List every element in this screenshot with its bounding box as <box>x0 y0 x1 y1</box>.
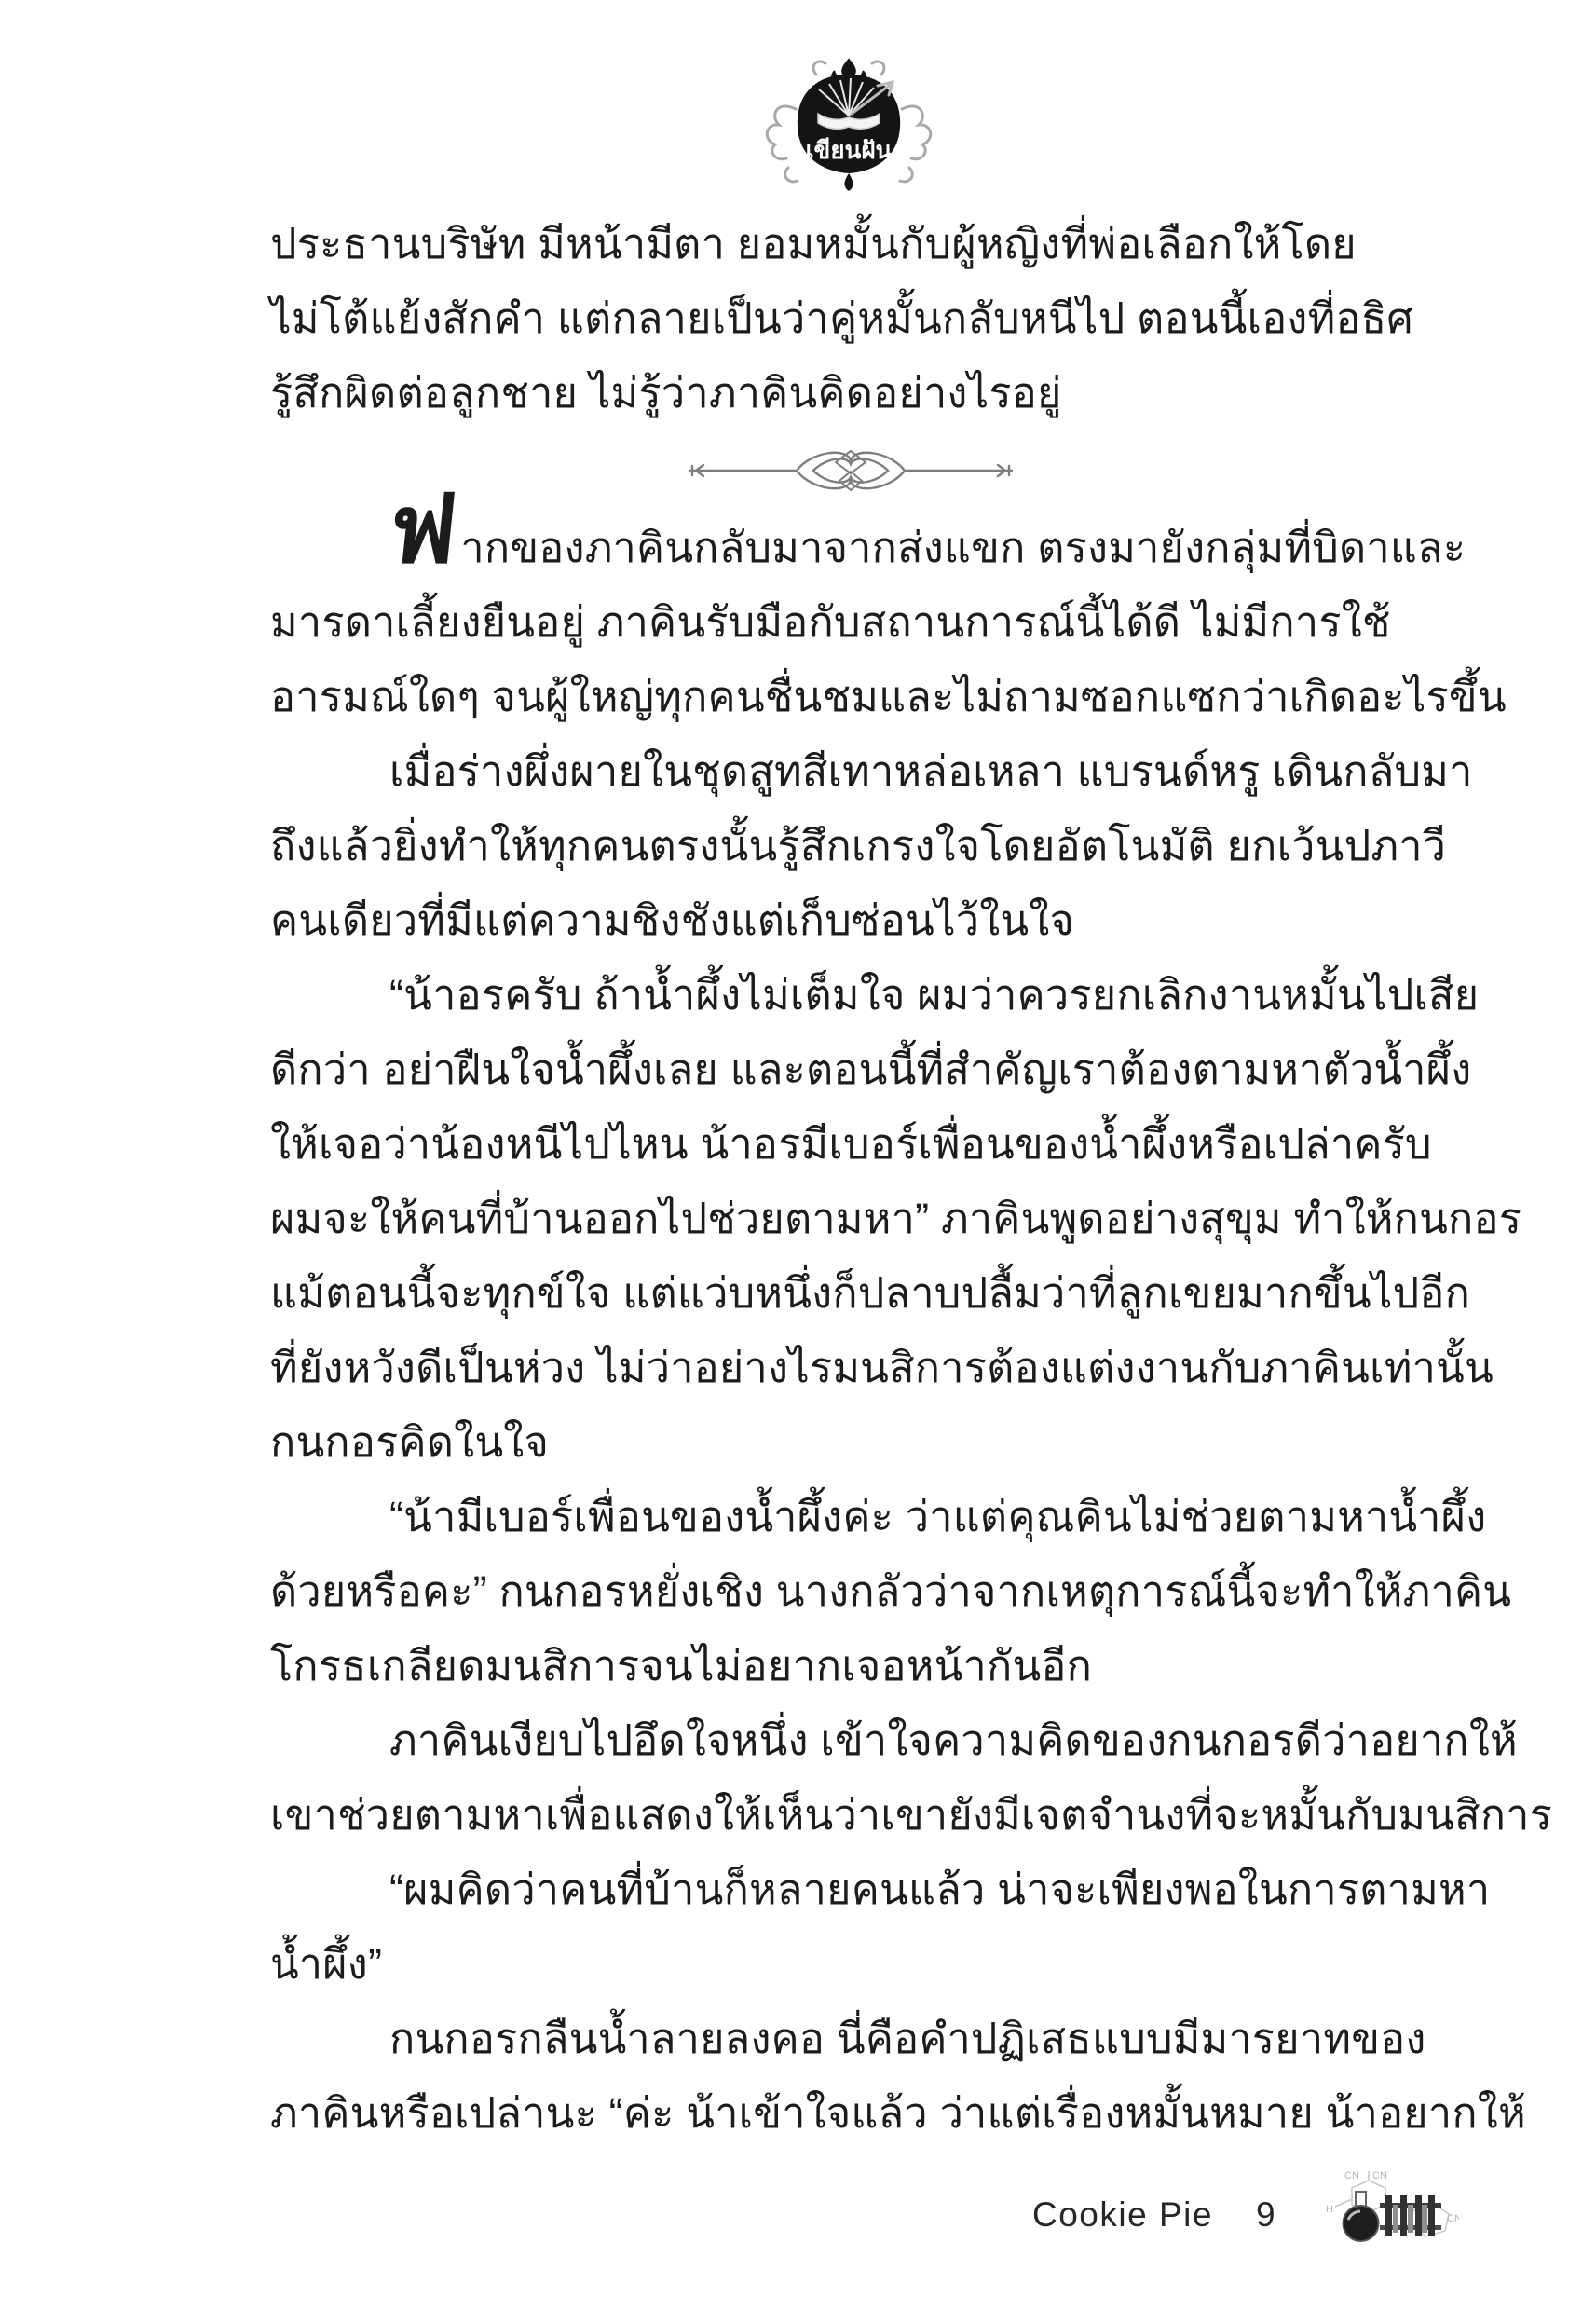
text-line: “น้าอรครับ ถ้าน้ำผึ้งไม่เต็มใจ ผมว่าควรย… <box>270 958 1430 1032</box>
text-line: ถึงแล้วยิ่งทำให้ทุกคนตรงนั้นรู้สึกเกรงใจ… <box>270 809 1430 883</box>
text-line: “ผมคิดว่าคนที่บ้านก็หลายคนแล้ว น่าจะเพีย… <box>270 1853 1430 1927</box>
text-line: อารมณ์ใดๆ จนผู้ใหญ่ทุกคนชื่นชมและไม่ถามซ… <box>270 660 1430 734</box>
swirl-divider-icon <box>683 444 1018 498</box>
book-title: Cookie Pie <box>1032 2195 1213 2235</box>
text-line: ให้เจอว่าน้องหนีไปไหน น้าอรมีเบอร์เพื่อน… <box>270 1107 1430 1182</box>
story-text: ประธานบริษัท มีหน้ามีตา ยอมหมั้นกับผู้หญ… <box>270 207 1430 2151</box>
text-line: “น้ามีเบอร์เพื่อนของน้ำผึ้งค่ะ ว่าแต่คุณ… <box>270 1480 1430 1554</box>
book-and-quill-emblem-icon: เขียนฝัน <box>760 58 937 193</box>
text-line: คนเดียวที่มีแต่ความชิงชังแต่เก็บซ่อนไว้ใ… <box>270 883 1430 958</box>
text-line-dropcap: ฟากของภาคินกลับมาจากส่งแขก ตรงมายังกลุ่ม… <box>270 511 1430 585</box>
svg-text:CN: CN <box>1372 2170 1387 2181</box>
publisher-logo-text: เขียนฝัน <box>806 136 893 164</box>
page-footer: Cookie Pie 9 CN CN CN H <box>1032 2173 1459 2257</box>
flask-and-test-tubes-icon: CN CN CN H <box>1324 2167 1459 2258</box>
text-line: เมื่อร่างผึ่งผายในชุดสูทสีเทาหล่อเหลา แบ… <box>270 734 1430 809</box>
text-line: ผมจะให้คนที่บ้านออกไปช่วยตามหา” ภาคินพูด… <box>270 1182 1430 1256</box>
text-line: ากของภาคินกลับมาจากส่งแขก ตรงมายังกลุ่มท… <box>460 524 1466 571</box>
text-line: ด้วยหรือคะ” กนกอรหยั่งเชิง นางกลัวว่าจาก… <box>270 1554 1430 1629</box>
publisher-logo: เขียนฝัน <box>760 58 937 193</box>
text-line: กนกอรกลืนน้ำลายลงคอ นี่คือคำปฏิเสธแบบมีม… <box>270 2002 1430 2076</box>
text-line: น้ำผึ้ง” <box>270 1927 1430 2002</box>
text-line: กนกอรคิดในใจ <box>270 1405 1430 1480</box>
text-line: ภาคินหรือเปล่านะ “ค่ะ น้าเข้าใจแล้ว ว่าแ… <box>270 2076 1430 2151</box>
page-number: 9 <box>1256 2195 1275 2235</box>
book-page: { "logo": { "brand": "เขียนฝัน", "icon":… <box>0 0 1596 2311</box>
text-line: ไม่โต้แย้งสักคำ แต่กลายเป็นว่าคู่หมั้นกล… <box>270 281 1430 356</box>
text-line: โกรธเกลียดมนสิการจนไม่อยากเจอหน้ากันอีก <box>270 1629 1430 1703</box>
svg-text:H: H <box>1326 2204 1333 2215</box>
text-line: ดีกว่า อย่าฝืนใจน้ำผึ้งเลย และตอนนี้ที่ส… <box>270 1032 1430 1107</box>
text-line: มารดาเลี้ยงยืนอยู่ ภาคินรับมือกับสถานการ… <box>270 585 1430 660</box>
svg-text:CN: CN <box>1344 2170 1359 2181</box>
text-line: รู้สึกผิดต่อลูกชาย ไม่รู้ว่าภาคินคิดอย่า… <box>270 356 1430 431</box>
text-line: ภาคินเงียบไปอึดใจหนึ่ง เข้าใจความคิดของก… <box>270 1703 1430 1778</box>
text-line: ที่ยังหวังดีเป็นห่วง ไม่ว่าอย่างไรมนสิกา… <box>270 1331 1430 1405</box>
text-line: แม้ตอนนี้จะทุกข์ใจ แต่แว่บหนึ่งก็ปลาบปลื… <box>270 1256 1430 1331</box>
text-line: ประธานบริษัท มีหน้ามีตา ยอมหมั้นกับผู้หญ… <box>270 207 1430 281</box>
text-line: เขาช่วยตามหาเพื่อแสดงให้เห็นว่าเขายังมีเ… <box>270 1778 1430 1853</box>
svg-text:CN: CN <box>1447 2213 1459 2224</box>
